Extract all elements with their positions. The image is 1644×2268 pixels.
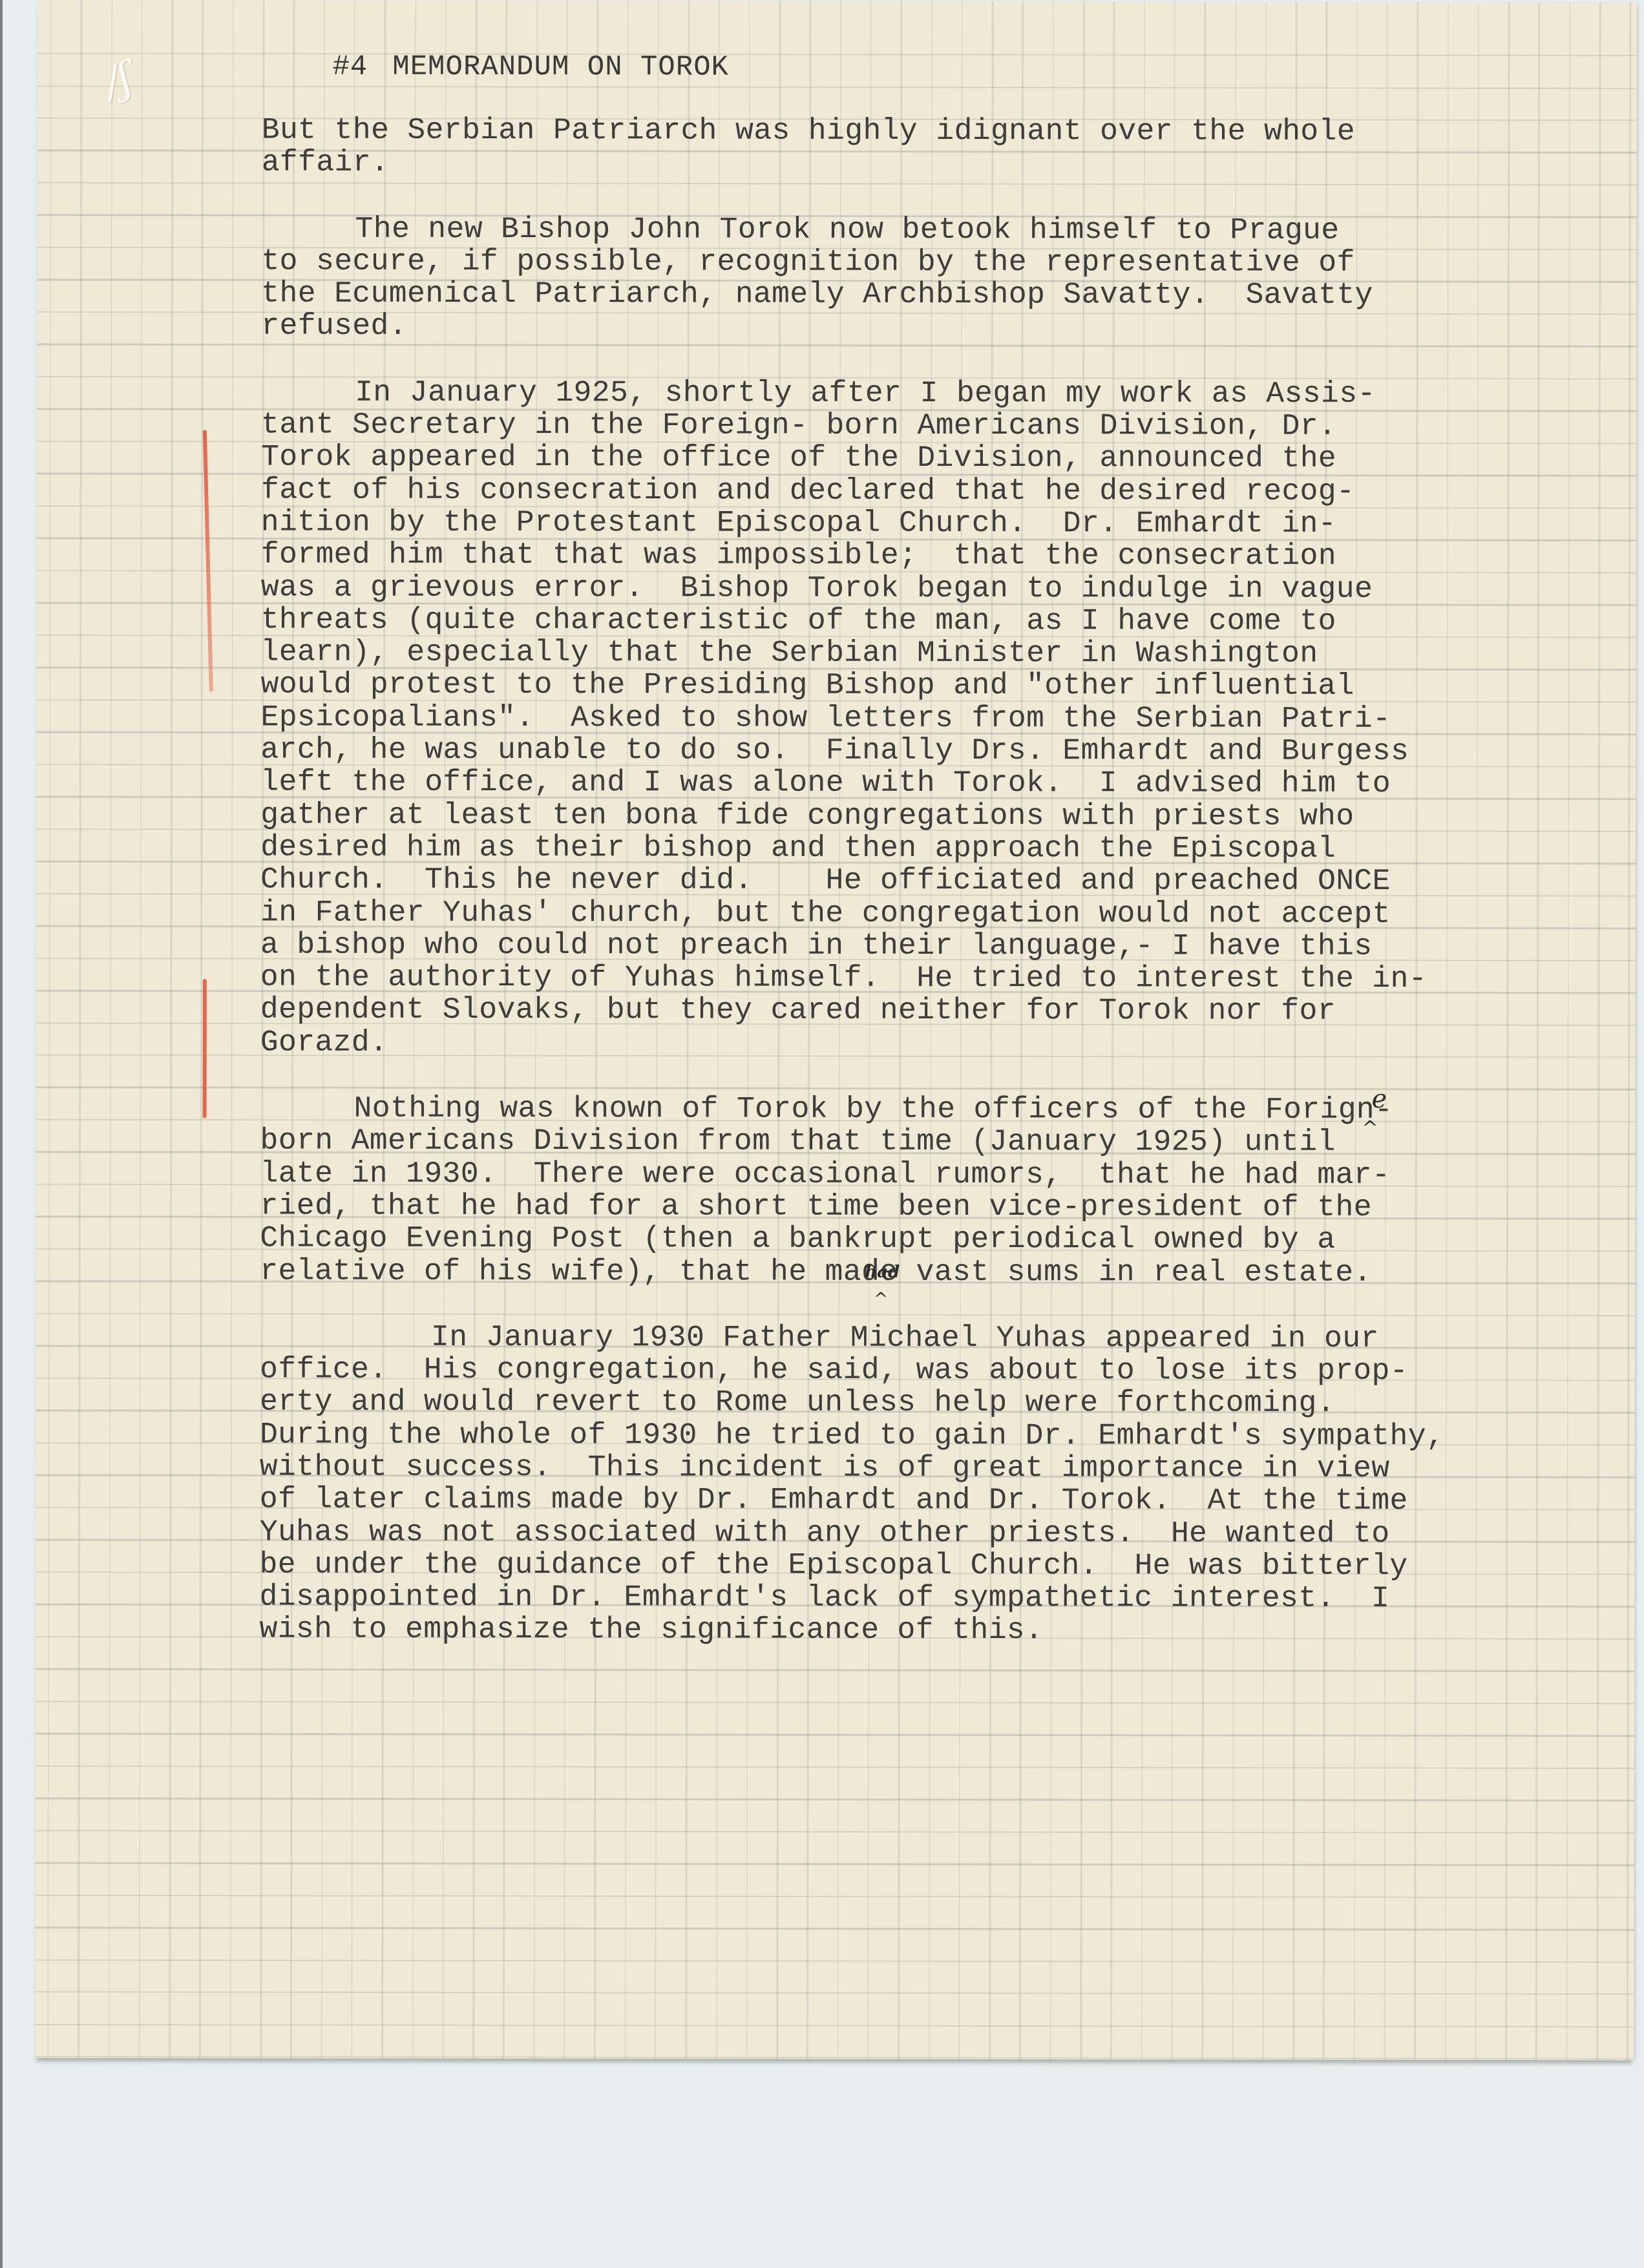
text-line: gather at least ten bona fide congregati… <box>260 799 1585 833</box>
text-line: desired him as their bishop and then app… <box>260 831 1585 865</box>
paragraph: In January 1925, shortly after I began m… <box>260 376 1586 1060</box>
text-line: affair. <box>262 147 1586 181</box>
text-line: be under the guidance of the Episcopal C… <box>260 1548 1585 1582</box>
paper-sheet: /ʃ #4MEMORANDUM ON TOROK But the Serbian… <box>35 0 1637 2060</box>
memo-header: #4MEMORANDUM ON TOROK <box>262 18 729 116</box>
text-line: a bishop who could not preach in their l… <box>260 929 1585 963</box>
text-line: of later claims made by Dr. Emhardt and … <box>260 1484 1585 1518</box>
text-line: During the whole of 1930 he tried to gai… <box>260 1418 1585 1453</box>
text-line: in Father Yuhas' church, but the congreg… <box>260 896 1585 930</box>
text-line: Torok appeared in the office of the Divi… <box>261 441 1586 476</box>
handwritten-caret: ^ <box>1362 1117 1378 1140</box>
text-line: refused. <box>261 310 1586 344</box>
page-number: #4 <box>332 51 368 83</box>
text-line: erty and would revert to Rome unless hel… <box>260 1386 1585 1420</box>
text-line: late in 1930. There were occasional rumo… <box>260 1157 1585 1192</box>
text-line: without success. This incident is of gre… <box>260 1451 1585 1485</box>
text-line: arch, he was unable to do so. Finally Dr… <box>260 734 1585 768</box>
scanner-edge <box>0 0 3 2268</box>
text-line: to secure, if possible, recognition by t… <box>261 245 1586 279</box>
embossed-mark: /ʃ <box>99 32 209 117</box>
text-line: born Americans Division from that time (… <box>260 1125 1585 1159</box>
text-line: Epsicopalians". Asked to show letters fr… <box>260 701 1585 735</box>
text-line: left the office, and I was alone with To… <box>260 766 1585 801</box>
text-line: the Ecumenical Patriarch, namely Archbis… <box>261 278 1586 312</box>
text-line: threats (quite characteristic of the man… <box>261 604 1586 638</box>
handwritten-caret: ^ <box>874 1290 888 1309</box>
text-line: Chicago Evening Post (then a bankrupt pe… <box>260 1223 1585 1257</box>
red-margin-mark <box>203 979 207 1118</box>
text-line: But the Serbian Patriarch was highly idi… <box>262 114 1586 148</box>
text-line: dependent Slovaks, but they cared neithe… <box>260 994 1585 1028</box>
text-line: In January 1925, shortly after I began m… <box>261 376 1586 410</box>
text-line: disappointed in Dr. Emhardt's lack of sy… <box>260 1581 1585 1615</box>
paragraph: Nothing was known of Torok by the office… <box>260 1092 1585 1289</box>
text-line: ried, that he had for a short time been … <box>260 1190 1585 1224</box>
text-line: nition by the Protestant Episcopal Churc… <box>261 506 1586 540</box>
paragraph: The new Bishop John Torok now betook him… <box>261 213 1586 344</box>
text-line: Church. This he never did. He officiated… <box>260 864 1585 898</box>
text-line: relative of his wife), that he made vast… <box>260 1255 1585 1289</box>
memo-body: But the Serbian Patriarch was highly idi… <box>259 114 1586 1681</box>
text-line: was a grievous error. Bishop Torok began… <box>261 571 1586 605</box>
text-line: wish to emphasize the significance of th… <box>259 1613 1584 1648</box>
text-line: tant Secretary in the Foreign- born Amer… <box>261 409 1586 443</box>
paragraph: In January 1930 Father Michael Yuhas app… <box>259 1321 1585 1648</box>
handwritten-correction-e: e <box>1372 1084 1387 1114</box>
text-line: fact of his consecration and declared th… <box>261 474 1586 508</box>
text-line: learn), especially that the Serbian Mini… <box>261 636 1586 671</box>
text-line: office. His congregation, he said, was a… <box>260 1354 1585 1388</box>
text-line: would protest to the Presiding Bishop an… <box>260 669 1585 703</box>
red-margin-mark <box>203 430 213 691</box>
text-line: on the authority of Yuhas himself. He tr… <box>260 961 1585 996</box>
handwritten-insert-had: had <box>865 1263 900 1282</box>
text-line: The new Bishop John Torok now betook him… <box>261 213 1586 247</box>
text-line: Gorazd. <box>260 1026 1585 1060</box>
text-line: Yuhas was not associated with any other … <box>260 1516 1585 1550</box>
text-line: In January 1930 Father Michael Yuhas app… <box>260 1321 1585 1355</box>
text-line: formed him that that was impossible; tha… <box>261 539 1586 573</box>
memo-title: MEMORANDUM ON TOROK <box>392 51 729 84</box>
paragraph: But the Serbian Patriarch was highly idi… <box>262 114 1586 180</box>
